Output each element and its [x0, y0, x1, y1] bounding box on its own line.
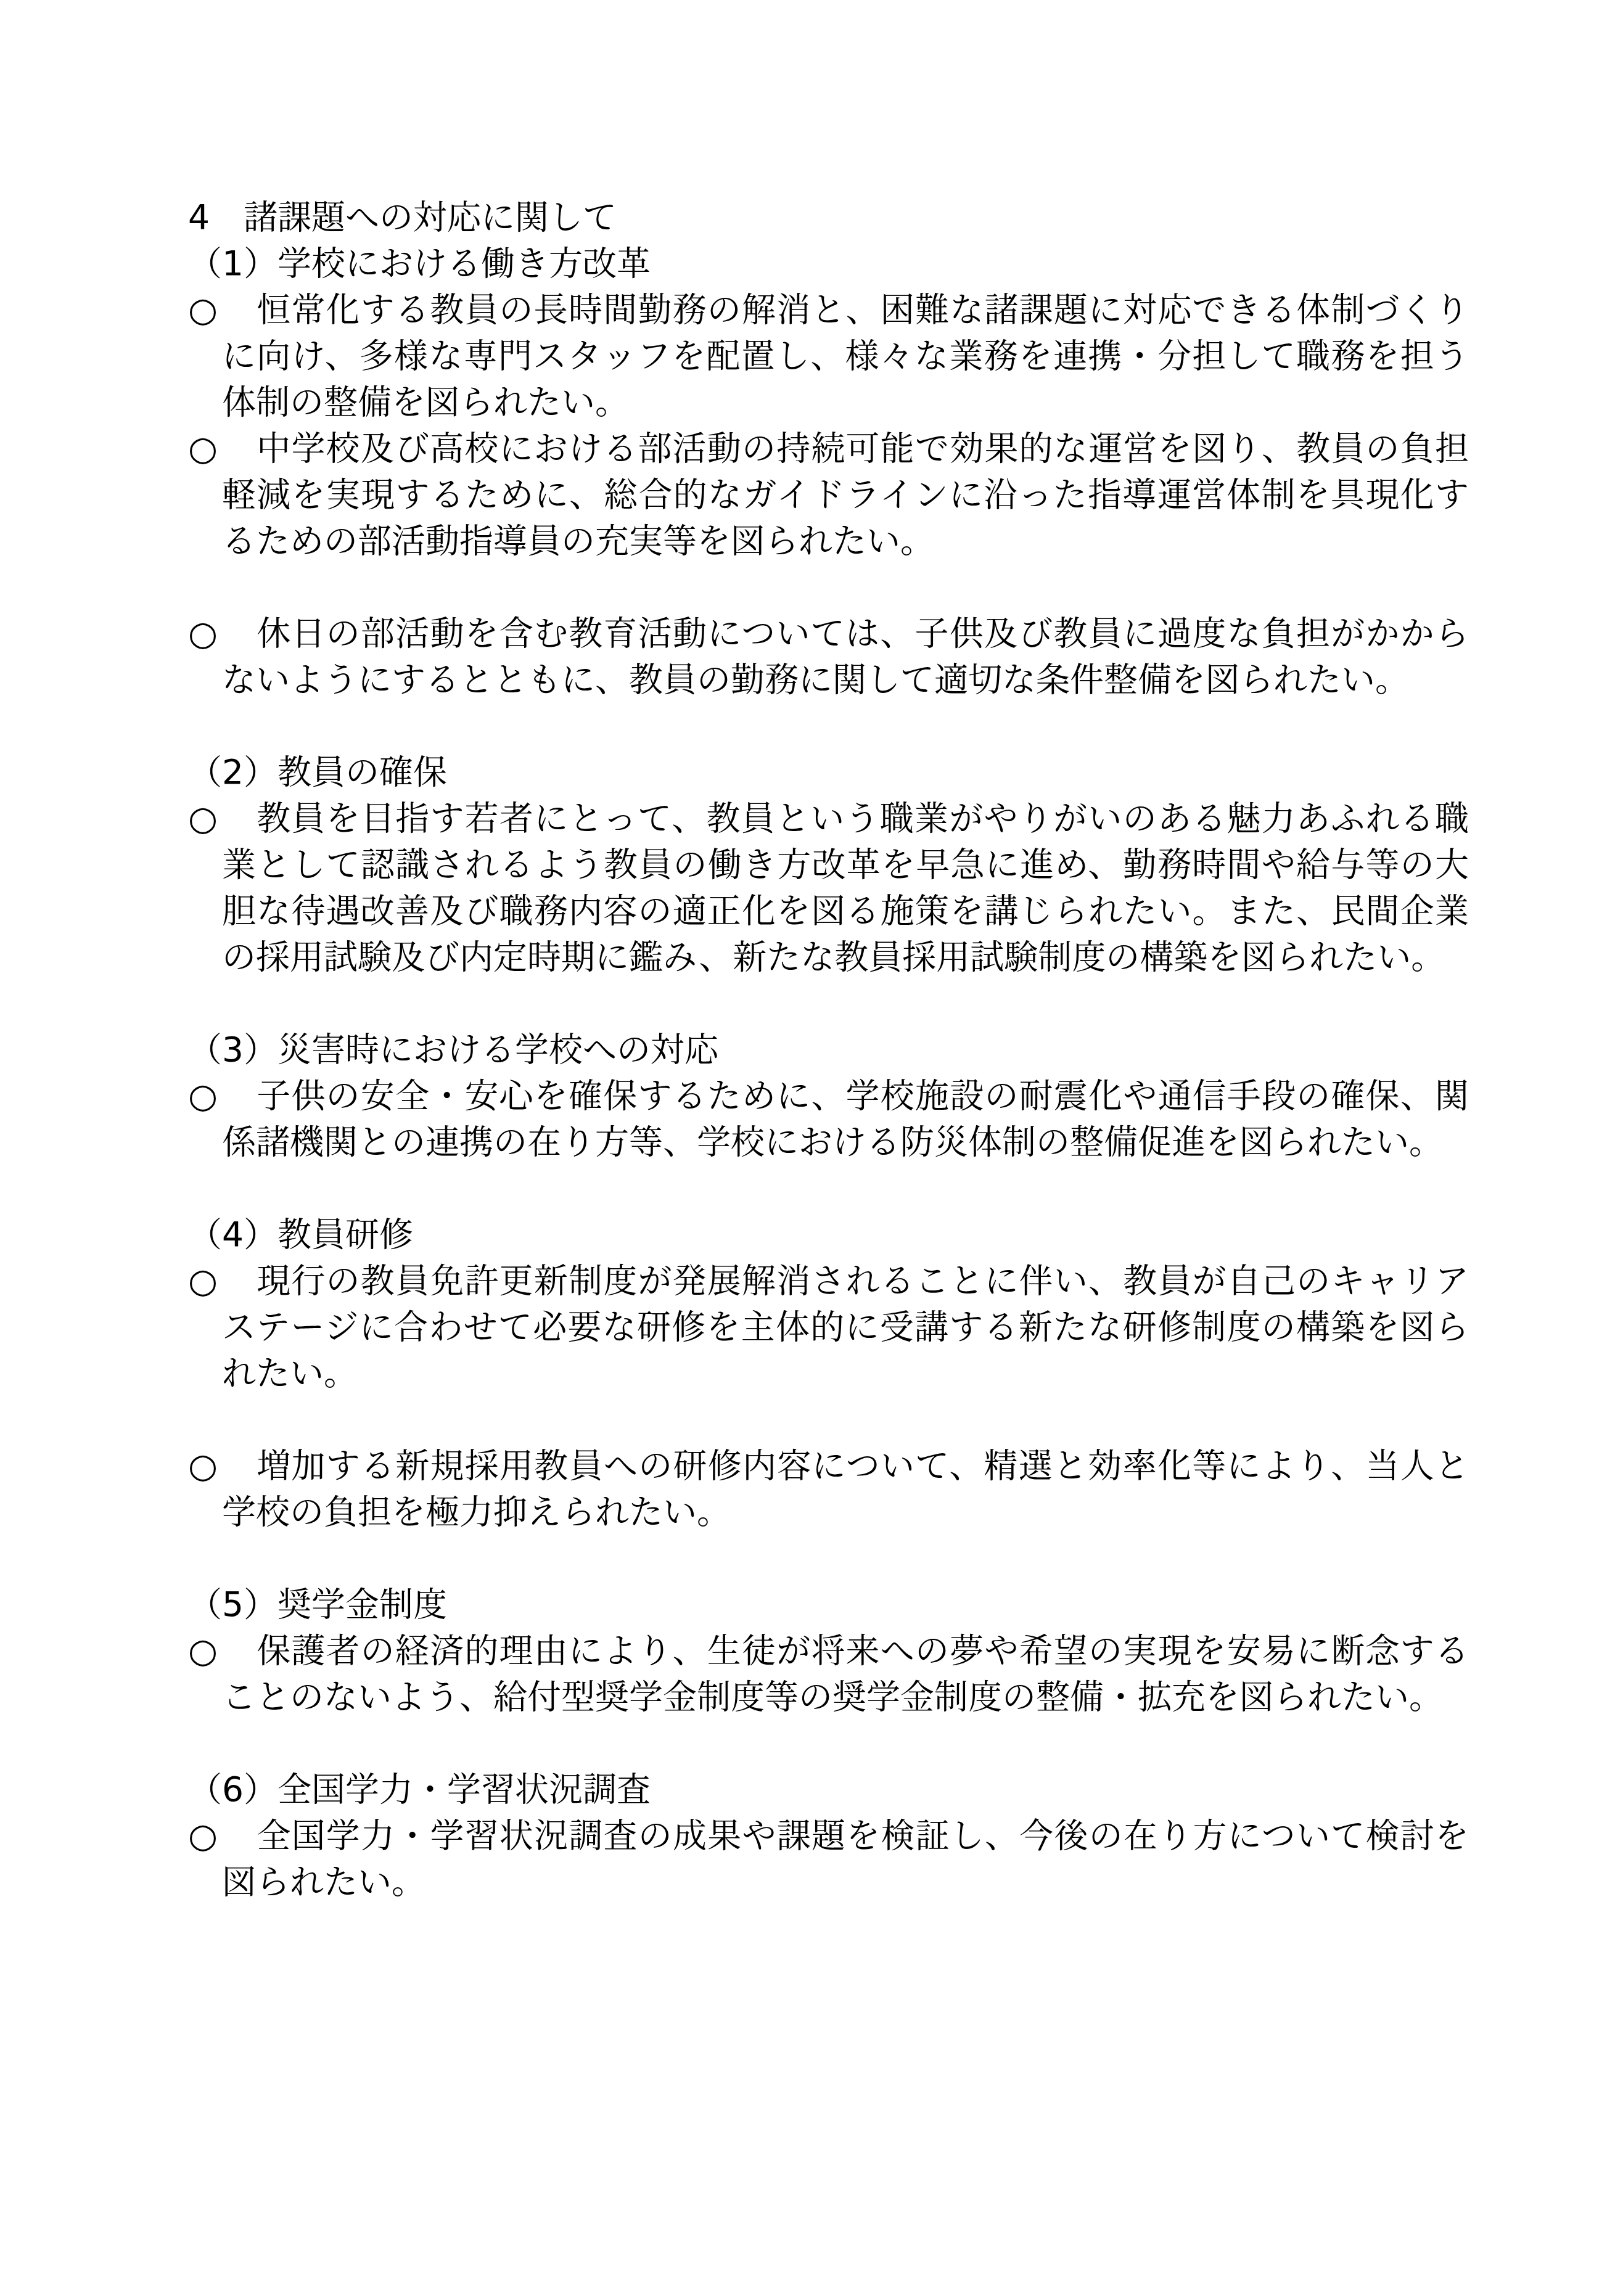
bullet-marker: ○ — [188, 795, 256, 842]
subsection-heading-3: （3）災害時における学校への対応 — [188, 1027, 1469, 1073]
page-title: 4 諸課題への対応に関して — [188, 194, 1469, 240]
bullet-item: ○教員を目指す若者にとって、教員という職業がやりがいのある魅力あふれる職業として… — [188, 795, 1469, 980]
bullet-item: ○休日の部活動を含む教育活動については、子供及び教員に過度な負担がかからないよう… — [188, 610, 1469, 703]
bullet-text: 全国学力・学習状況調査の成果や課題を検証し、今後の在り方について検討を図られたい… — [222, 1816, 1469, 1901]
bullet-text: 増加する新規採用教員への研修内容について、精選と効率化等により、当人と学校の負担… — [222, 1446, 1469, 1531]
subsection-heading-4: （4）教員研修 — [188, 1212, 1469, 1258]
bullet-marker: ○ — [188, 287, 256, 333]
bullet-item: ○恒常化する教員の長時間勤務の解消と、困難な諸課題に対応できる体制づくりに向け、… — [188, 287, 1469, 425]
bullet-marker: ○ — [188, 1073, 256, 1119]
bullet-text: 現行の教員免許更新制度が発展解消されることに伴い、教員が自己のキャリアステージに… — [222, 1261, 1469, 1393]
bullet-item: ○全国学力・学習状況調査の成果や課題を検証し、今後の在り方について検討を図られた… — [188, 1813, 1469, 1905]
bullet-marker: ○ — [188, 610, 256, 657]
bullet-item: ○中学校及び高校における部活動の持続可能で効果的な運営を図り、教員の負担軽減を実… — [188, 425, 1469, 564]
bullet-marker: ○ — [188, 1258, 256, 1304]
bullet-item: ○保護者の経済的理由により、生徒が将来への夢や希望の実現を安易に断念することのな… — [188, 1628, 1469, 1720]
subsection-heading-6: （6）全国学力・学習状況調査 — [188, 1766, 1469, 1813]
subsection-heading-2: （2）教員の確保 — [188, 749, 1469, 795]
bullet-marker: ○ — [188, 1813, 256, 1859]
bullet-marker: ○ — [188, 1443, 256, 1489]
bullet-text: 休日の部活動を含む教育活動については、子供及び教員に過度な負担がかからないように… — [222, 613, 1469, 699]
bullet-text: 中学校及び高校における部活動の持続可能で効果的な運営を図り、教員の負担軽減を実現… — [222, 428, 1469, 560]
bullet-item: ○増加する新規採用教員への研修内容について、精選と効率化等により、当人と学校の負… — [188, 1443, 1469, 1535]
bullet-text: 保護者の経済的理由により、生徒が将来への夢や希望の実現を安易に断念することのない… — [222, 1631, 1469, 1716]
document-page: 4 諸課題への対応に関して （1）学校における働き方改革 ○恒常化する教員の長時… — [0, 0, 1623, 2296]
subsection-heading-5: （5）奨学金制度 — [188, 1581, 1469, 1628]
bullet-text: 教員を目指す若者にとって、教員という職業がやりがいのある魅力あふれる職業として認… — [222, 798, 1469, 977]
bullet-item: ○子供の安全・安心を確保するために、学校施設の耐震化や通信手段の確保、関係諸機関… — [188, 1073, 1469, 1165]
bullet-marker: ○ — [188, 425, 256, 472]
subsection-heading-1: （1）学校における働き方改革 — [188, 240, 1469, 287]
bullet-marker: ○ — [188, 1628, 256, 1674]
bullet-text: 子供の安全・安心を確保するために、学校施設の耐震化や通信手段の確保、関係諸機関と… — [222, 1076, 1469, 1162]
bullet-item: ○現行の教員免許更新制度が発展解消されることに伴い、教員が自己のキャリアステージ… — [188, 1258, 1469, 1396]
bullet-text: 恒常化する教員の長時間勤務の解消と、困難な諸課題に対応できる体制づくりに向け、多… — [222, 290, 1469, 422]
